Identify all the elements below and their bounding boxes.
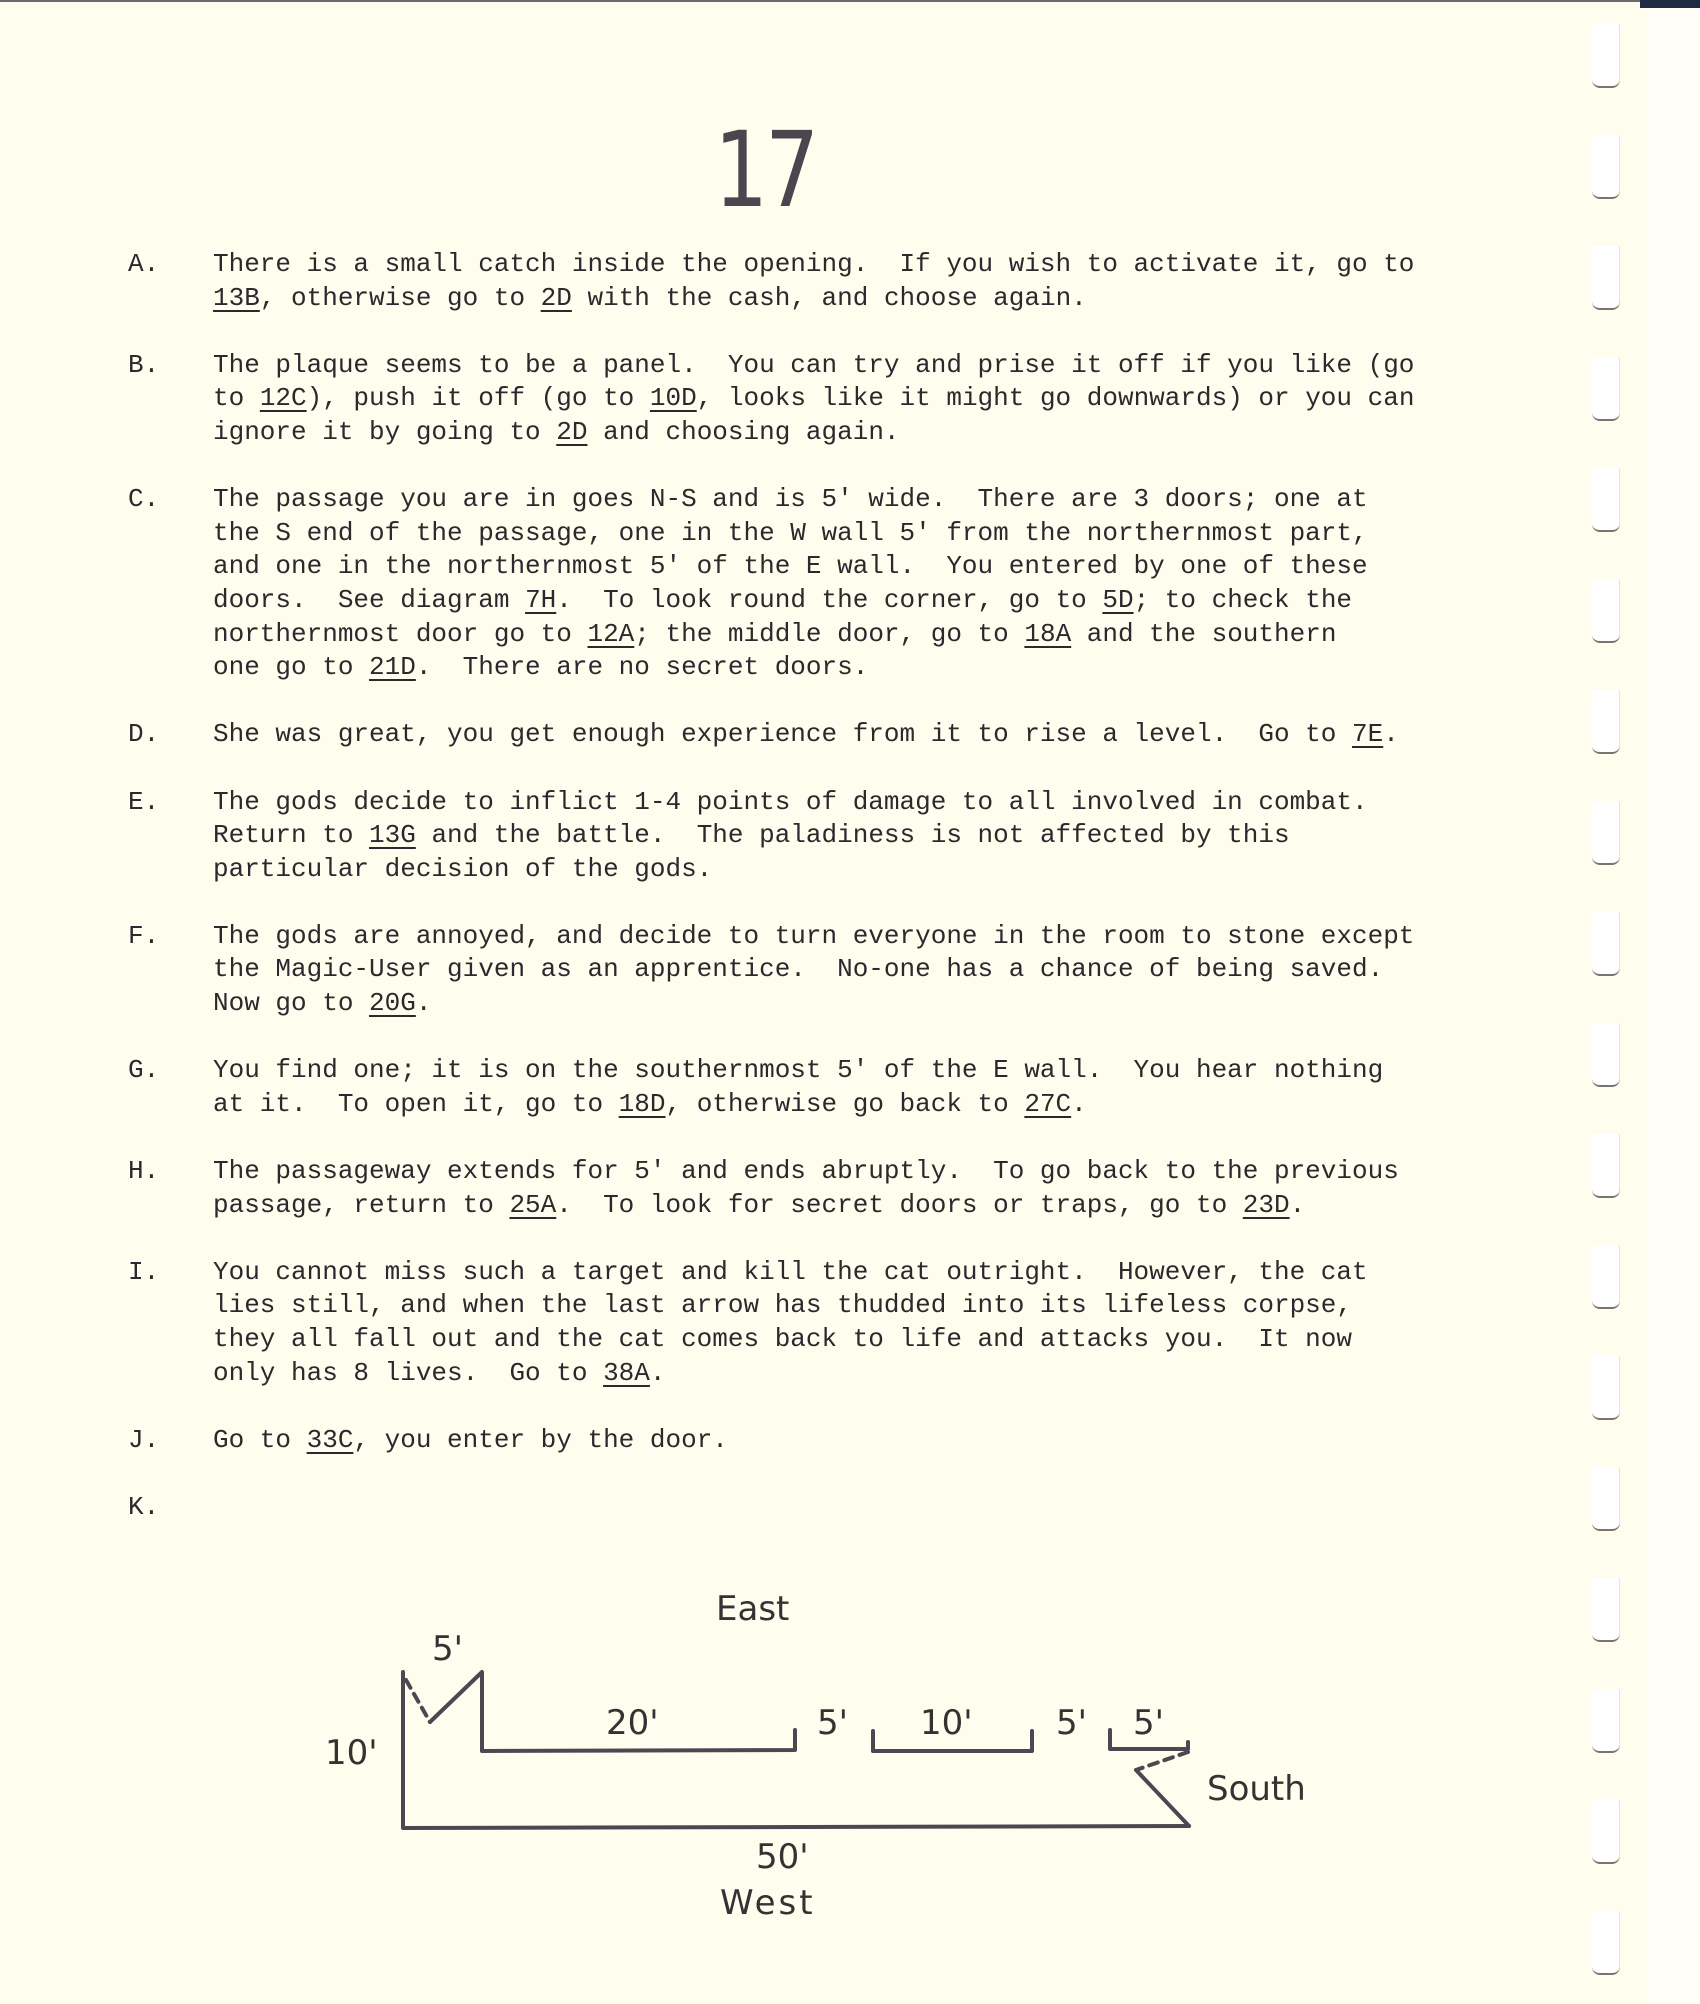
entry-line: northernmost door go to 12A; the middle … xyxy=(213,618,1368,652)
section-reference-link[interactable]: 10D xyxy=(650,383,697,413)
entry-label: I. xyxy=(128,1256,213,1390)
entry-line xyxy=(213,1491,229,1525)
entry-text: The passage you are in goes N-S and is 5… xyxy=(213,483,1368,685)
entry-line: 13B, otherwise go to 2D with the cash, a… xyxy=(213,282,1414,316)
entry-text-run: and the battle. The paladiness is not af… xyxy=(416,820,1290,850)
entry-text-run: one go to xyxy=(213,652,369,682)
entry-line: The passageway extends for 5' and ends a… xyxy=(213,1155,1399,1189)
entry-line: The passage you are in goes N-S and is 5… xyxy=(213,483,1368,517)
entry-b: B.The plaque seems to be a panel. You ca… xyxy=(128,349,1528,450)
entry-text: The gods are annoyed, and decide to turn… xyxy=(213,920,1414,1021)
entry-f: F.The gods are annoyed, and decide to tu… xyxy=(128,920,1528,1021)
section-reference-link[interactable]: 18D xyxy=(619,1089,666,1119)
entry-list: A.There is a small catch inside the open… xyxy=(128,248,1528,1558)
section-reference-link[interactable]: 13B xyxy=(213,283,260,313)
entry-text-run: at it. To open it, go to xyxy=(213,1089,619,1119)
section-reference-link[interactable]: 18A xyxy=(1024,619,1071,649)
entry-label: D. xyxy=(128,718,213,752)
binder-hole xyxy=(1592,24,1620,88)
entry-text: There is a small catch inside the openin… xyxy=(213,248,1414,315)
entry-text-run: doors. See diagram xyxy=(213,585,525,615)
entry-text-run: The plaque seems to be a panel. You can … xyxy=(213,350,1414,380)
entry-text-run: . xyxy=(1383,719,1399,749)
section-reference-link[interactable]: 27C xyxy=(1024,1089,1071,1119)
entry-text-run: Now go to xyxy=(213,988,369,1018)
binder-hole xyxy=(1592,1023,1620,1087)
entry-line: Now go to 20G. xyxy=(213,987,1414,1021)
entry-line: at it. To open it, go to 18D, otherwise … xyxy=(213,1088,1383,1122)
entry-line: one go to 21D. There are no secret doors… xyxy=(213,651,1368,685)
entry-line: particular decision of the gods. xyxy=(213,853,1368,887)
entry-g: G.You find one; it is on the southernmos… xyxy=(128,1054,1528,1121)
binder-hole xyxy=(1592,1578,1620,1642)
binder-hole xyxy=(1592,801,1620,865)
entry-line: She was great, you get enough experience… xyxy=(213,718,1399,752)
entry-text xyxy=(213,1491,229,1525)
entry-label: J. xyxy=(128,1424,213,1458)
section-reference-link[interactable]: 12C xyxy=(260,383,307,413)
entry-text-run: lies still, and when the last arrow has … xyxy=(213,1290,1352,1320)
entry-line: Go to 33C, you enter by the door. xyxy=(213,1424,728,1458)
entry-text-run: Go to xyxy=(213,1425,307,1455)
entry-text-run: . xyxy=(650,1358,666,1388)
section-reference-link[interactable]: 2D xyxy=(541,283,572,313)
entry-line: You cannot miss such a target and kill t… xyxy=(213,1256,1368,1290)
entry-text-run: with the cash, and choose again. xyxy=(572,283,1087,313)
entry-text-run: The passageway extends for 5' and ends a… xyxy=(213,1156,1399,1186)
entry-line: they all fall out and the cat comes back… xyxy=(213,1323,1368,1357)
entry-text-run: You cannot miss such a target and kill t… xyxy=(213,1257,1368,1287)
entry-text-run: and one in the northernmost 5' of the E … xyxy=(213,551,1368,581)
entry-text-run: to xyxy=(213,383,260,413)
entry-line: to 12C), push it off (go to 10D, looks l… xyxy=(213,382,1414,416)
entry-text-run: northernmost door go to xyxy=(213,619,587,649)
entry-i: I.You cannot miss such a target and kill… xyxy=(128,1256,1528,1390)
binder-hole xyxy=(1592,1689,1620,1753)
entry-text: The gods decide to inflict 1-4 points of… xyxy=(213,786,1368,887)
section-reference-link[interactable]: 2D xyxy=(556,417,587,447)
section-reference-link[interactable]: 33C xyxy=(307,1425,354,1455)
binder-hole xyxy=(1592,246,1620,310)
entry-text: The plaque seems to be a panel. You can … xyxy=(213,349,1414,450)
section-reference-link[interactable]: 38A xyxy=(603,1358,650,1388)
entry-label: E. xyxy=(128,786,213,887)
entry-text-run: The passage you are in goes N-S and is 5… xyxy=(213,484,1368,514)
entry-text-run: passage, return to xyxy=(213,1190,509,1220)
entry-text-run: . To look round the corner, go to xyxy=(556,585,1102,615)
binder-corner xyxy=(1640,0,1700,8)
entry-text: You find one; it is on the southernmost … xyxy=(213,1054,1383,1121)
entry-a: A.There is a small catch inside the open… xyxy=(128,248,1528,315)
entry-c: C.The passage you are in goes N-S and is… xyxy=(128,483,1528,685)
entry-text-run: and the southern xyxy=(1071,619,1336,649)
entry-line: passage, return to 25A. To look for secr… xyxy=(213,1189,1399,1223)
entry-label: G. xyxy=(128,1054,213,1121)
entry-text-run: She was great, you get enough experience… xyxy=(213,719,1352,749)
section-reference-link[interactable]: 13G xyxy=(369,820,416,850)
section-reference-link[interactable]: 20G xyxy=(369,988,416,1018)
section-reference-link[interactable]: 23D xyxy=(1243,1190,1290,1220)
binder-hole xyxy=(1592,468,1620,532)
entry-text-run: . xyxy=(416,988,432,1018)
entry-text-run: The gods are annoyed, and decide to turn… xyxy=(213,921,1414,951)
entry-text-run: they all fall out and the cat comes back… xyxy=(213,1324,1352,1354)
entry-line: lies still, and when the last arrow has … xyxy=(213,1289,1368,1323)
binder-hole xyxy=(1592,1800,1620,1864)
entry-line: Return to 13G and the battle. The paladi… xyxy=(213,819,1368,853)
binder-hole xyxy=(1592,1467,1620,1531)
entry-text-run: , otherwise go back to xyxy=(665,1089,1024,1119)
binder-hole xyxy=(1592,1134,1620,1198)
entry-label: F. xyxy=(128,920,213,1021)
binder-hole xyxy=(1592,579,1620,643)
entry-d: D.She was great, you get enough experien… xyxy=(128,718,1528,752)
entry-text: She was great, you get enough experience… xyxy=(213,718,1399,752)
entry-j: J.Go to 33C, you enter by the door. xyxy=(128,1424,1528,1458)
binder-hole xyxy=(1592,1245,1620,1309)
entry-text-run: , you enter by the door. xyxy=(353,1425,727,1455)
section-reference-link[interactable]: 7H xyxy=(525,585,556,615)
binder-hole xyxy=(1592,690,1620,754)
entry-k: K. xyxy=(128,1491,1528,1525)
entry-text-run: . xyxy=(1071,1089,1087,1119)
entry-h: H.The passageway extends for 5' and ends… xyxy=(128,1155,1528,1222)
entry-text-run: ignore it by going to xyxy=(213,417,556,447)
entry-text-run: , looks like it might go downwards) or y… xyxy=(697,383,1415,413)
binder-hole xyxy=(1592,1911,1620,1975)
entry-text-run: and choosing again. xyxy=(587,417,899,447)
entry-text-run: the S end of the passage, one in the W w… xyxy=(213,518,1368,548)
entry-line: doors. See diagram 7H. To look round the… xyxy=(213,584,1368,618)
entry-line: There is a small catch inside the openin… xyxy=(213,248,1414,282)
entry-line: and one in the northernmost 5' of the E … xyxy=(213,550,1368,584)
entry-text-run: . xyxy=(1290,1190,1306,1220)
binder-hole xyxy=(1592,135,1620,199)
entry-text: Go to 33C, you enter by the door. xyxy=(213,1424,728,1458)
entry-text-run: ; the middle door, go to xyxy=(634,619,1024,649)
section-reference-link[interactable]: 21D xyxy=(369,652,416,682)
entry-line: You find one; it is on the southernmost … xyxy=(213,1054,1383,1088)
entry-text-run: ), push it off (go to xyxy=(307,383,650,413)
section-reference-link[interactable]: 7E xyxy=(1352,719,1383,749)
entry-text-run: You find one; it is on the southernmost … xyxy=(213,1055,1383,1085)
entry-line: The plaque seems to be a panel. You can … xyxy=(213,349,1414,383)
entry-text-run: only has 8 lives. Go to xyxy=(213,1358,603,1388)
entry-e: E.The gods decide to inflict 1-4 points … xyxy=(128,786,1528,887)
entry-text: You cannot miss such a target and kill t… xyxy=(213,1256,1368,1390)
entry-text-run: , otherwise go to xyxy=(260,283,541,313)
section-reference-link[interactable]: 5D xyxy=(1102,585,1133,615)
entry-text-run: . There are no secret doors. xyxy=(416,652,868,682)
entry-text-run: ; to check the xyxy=(1134,585,1352,615)
entry-text-run: . To look for secret doors or traps, go … xyxy=(556,1190,1243,1220)
section-reference-link[interactable]: 12A xyxy=(587,619,634,649)
entry-line: The gods decide to inflict 1-4 points of… xyxy=(213,786,1368,820)
page-number: 17 xyxy=(712,118,819,222)
entry-label: C. xyxy=(128,483,213,685)
entry-text-run: The gods decide to inflict 1-4 points of… xyxy=(213,787,1368,817)
page-edge xyxy=(1648,0,1700,2004)
entry-label: H. xyxy=(128,1155,213,1222)
entry-line: the S end of the passage, one in the W w… xyxy=(213,517,1368,551)
entry-label: K. xyxy=(128,1491,213,1525)
section-reference-link[interactable]: 25A xyxy=(509,1190,556,1220)
entry-text-run: particular decision of the gods. xyxy=(213,854,712,884)
entry-label: B. xyxy=(128,349,213,450)
entry-line: ignore it by going to 2D and choosing ag… xyxy=(213,416,1414,450)
binder-hole xyxy=(1592,1356,1620,1420)
entry-text-run: the Magic-User given as an apprentice. N… xyxy=(213,954,1383,984)
entry-line: only has 8 lives. Go to 38A. xyxy=(213,1357,1368,1391)
binder-hole xyxy=(1592,357,1620,421)
entry-line: the Magic-User given as an apprentice. N… xyxy=(213,953,1414,987)
entry-line: The gods are annoyed, and decide to turn… xyxy=(213,920,1414,954)
entry-text-run: Return to xyxy=(213,820,369,850)
binder-holes xyxy=(1592,0,1622,2004)
binder-hole xyxy=(1592,912,1620,976)
entry-label: A. xyxy=(128,248,213,315)
entry-text-run: There is a small catch inside the openin… xyxy=(213,249,1414,279)
entry-text: The passageway extends for 5' and ends a… xyxy=(213,1155,1399,1222)
